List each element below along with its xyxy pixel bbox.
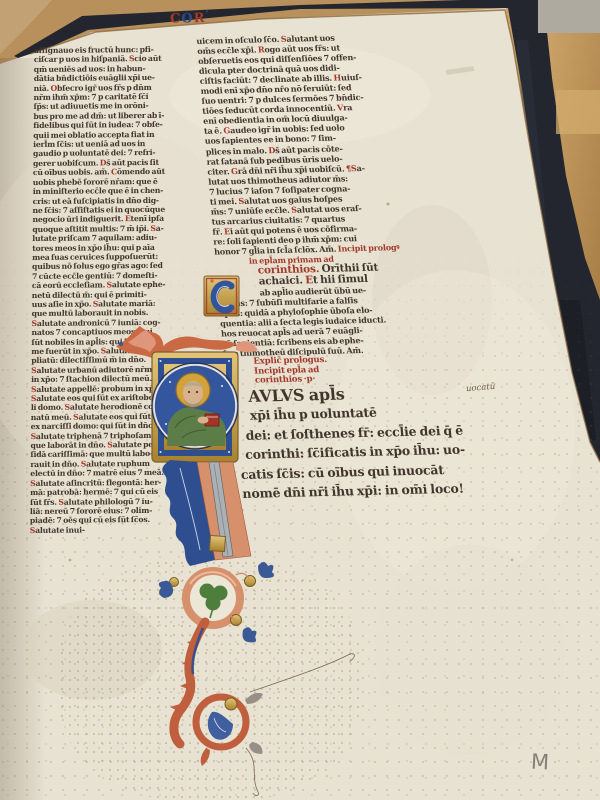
grey-panel xyxy=(538,0,600,33)
parchment-speckle-texture-dense xyxy=(60,560,360,800)
manuscript-photo: COR’ aſſignauo eis fructū hunc: pfi-ciſc… xyxy=(0,0,600,800)
